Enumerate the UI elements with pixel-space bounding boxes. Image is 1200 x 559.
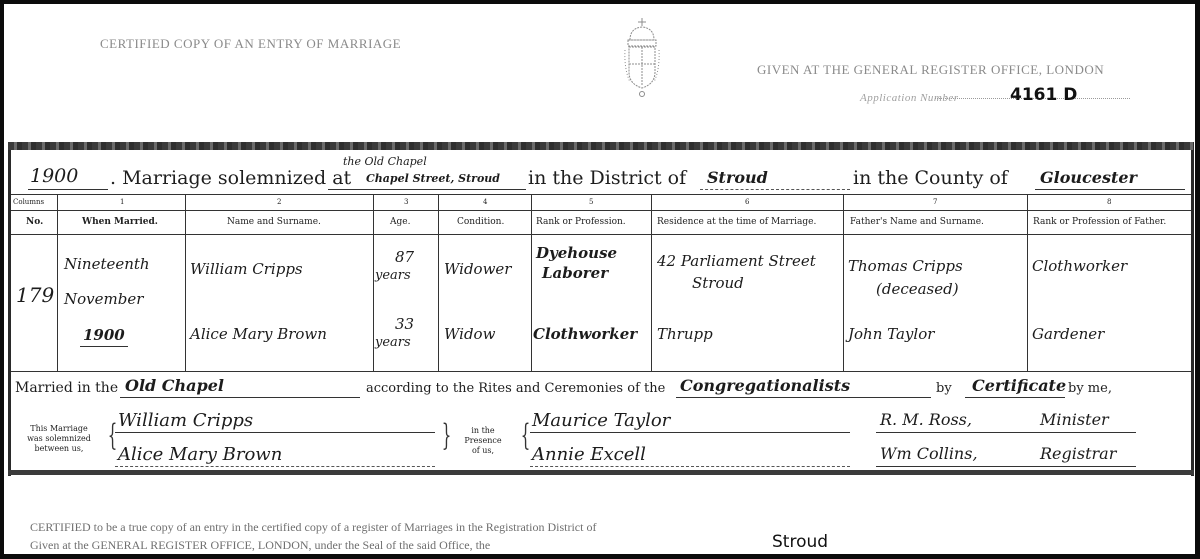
- county-label: in the County of: [853, 167, 1008, 189]
- presence-label: in the Presence of us,: [455, 426, 511, 456]
- column-number-label: Columns: [13, 198, 44, 206]
- register-year: 1900: [30, 165, 78, 187]
- bride-signature: Alice Mary Brown: [118, 444, 282, 465]
- certification-district: Stroud: [772, 532, 828, 552]
- column-header-father-profession: Rank or Profession of Father.: [1033, 217, 1166, 227]
- right-brace-icon: }: [442, 418, 452, 453]
- column-header-name: Name and Surname.: [227, 217, 321, 227]
- column-number: 5: [589, 198, 593, 206]
- presence-label-line-2: Presence: [455, 436, 511, 446]
- district-label: in the District of: [528, 167, 686, 189]
- date-line-1: Nineteenth: [64, 255, 150, 273]
- witness-1-signature: Maurice Taylor: [532, 410, 670, 431]
- column-header-profession: Rank or Profession.: [536, 217, 626, 227]
- left-brace-icon: {: [108, 418, 118, 453]
- place-line-1: the Old Chapel: [343, 155, 427, 168]
- register-bottom-border: [8, 470, 1194, 475]
- column-header-father-name: Father's Name and Surname.: [850, 217, 984, 227]
- column-number: 1: [120, 198, 124, 206]
- groom-age-unit: years: [375, 268, 411, 283]
- witness-brace-icon: {: [521, 418, 531, 453]
- groom-father-profession: Clothworker: [1032, 257, 1127, 275]
- column-number: 8: [1107, 198, 1111, 206]
- groom-profession-line-1: Dyehouse: [536, 244, 617, 262]
- royal-coat-of-arms-icon: [622, 14, 662, 100]
- column-number: 3: [404, 198, 408, 206]
- bride-condition: Widow: [444, 325, 495, 343]
- groom-residence-line-1: 42 Parliament Street: [657, 252, 816, 270]
- issuing-office: GIVEN AT THE GENERAL REGISTER OFFICE, LO…: [757, 62, 1104, 78]
- column-header-when-married: When Married.: [82, 217, 158, 227]
- bride-residence: Thrupp: [657, 325, 713, 343]
- bride-father-name: John Taylor: [848, 325, 934, 343]
- bride-profession: Clothworker: [533, 325, 637, 343]
- solemnized-label: . Marriage solemnized at: [110, 167, 351, 189]
- officiant-1-signature: R. M. Ross,: [880, 410, 972, 429]
- column-header-residence: Residence at the time of Marriage.: [657, 217, 816, 227]
- witness-2-signature: Annie Excell: [532, 444, 646, 465]
- column-number: 6: [745, 198, 749, 206]
- district-value: Stroud: [707, 168, 768, 187]
- presence-label-line-1: in the: [455, 426, 511, 436]
- groom-age: 87: [395, 248, 414, 266]
- groom-name: William Cripps: [190, 260, 303, 278]
- groom-residence-line-2: Stroud: [692, 274, 744, 292]
- column-number: 4: [483, 198, 487, 206]
- certification-given-line: Given at the GENERAL REGISTER OFFICE, LO…: [30, 538, 490, 553]
- by-value: Certificate: [972, 376, 1066, 395]
- certification-statement: CERTIFIED to be a true copy of an entry …: [30, 520, 596, 535]
- date-line-2: November: [64, 290, 143, 308]
- place-line-2: Chapel Street, Stroud: [366, 172, 500, 185]
- married-in-value: Old Chapel: [125, 376, 224, 395]
- between-us-label: This Marriage was solemnized between us,: [14, 424, 104, 454]
- rites-value: Congregationalists: [680, 376, 850, 395]
- column-header-age: Age.: [390, 217, 410, 227]
- officiant-2-signature: Wm Collins,: [880, 444, 978, 463]
- presence-label-line-3: of us,: [455, 446, 511, 456]
- bride-age-unit: years: [375, 335, 411, 350]
- officiant-2-role: Registrar: [1040, 444, 1116, 463]
- solemnized-text: Marriage solemnized at: [122, 167, 351, 189]
- county-value: Gloucester: [1040, 168, 1137, 187]
- entry-number: 179: [16, 283, 54, 307]
- groom-signature: William Cripps: [118, 410, 253, 431]
- bride-name: Alice Mary Brown: [190, 325, 327, 343]
- married-in-label: Married in the: [15, 380, 118, 396]
- rites-label: according to the Rites and Ceremonies of…: [366, 381, 665, 396]
- register-top-border: [8, 142, 1194, 150]
- groom-condition: Widower: [444, 260, 511, 278]
- column-number: 2: [277, 198, 281, 206]
- bride-father-profession: Gardener: [1032, 325, 1104, 343]
- bride-age: 33: [395, 315, 414, 333]
- date-line-3: 1900: [83, 326, 125, 344]
- by-label: by: [936, 381, 952, 396]
- column-header-condition: Condition.: [457, 217, 504, 227]
- between-label-line-3: between us,: [14, 444, 104, 454]
- certificate-title: CERTIFIED COPY OF AN ENTRY OF MARRIAGE: [100, 36, 401, 52]
- groom-father-status: (deceased): [876, 280, 959, 298]
- groom-father-name: Thomas Cripps: [848, 257, 963, 275]
- officiant-1-role: Minister: [1040, 410, 1109, 429]
- between-label-line-1: This Marriage: [14, 424, 104, 434]
- between-label-line-2: was solemnized: [14, 434, 104, 444]
- column-header-no: No.: [26, 217, 43, 227]
- groom-profession-line-2: Laborer: [542, 264, 608, 282]
- application-number: 4161 D: [1010, 85, 1077, 105]
- by-me-label: by me,: [1068, 381, 1112, 396]
- column-number: 7: [933, 198, 937, 206]
